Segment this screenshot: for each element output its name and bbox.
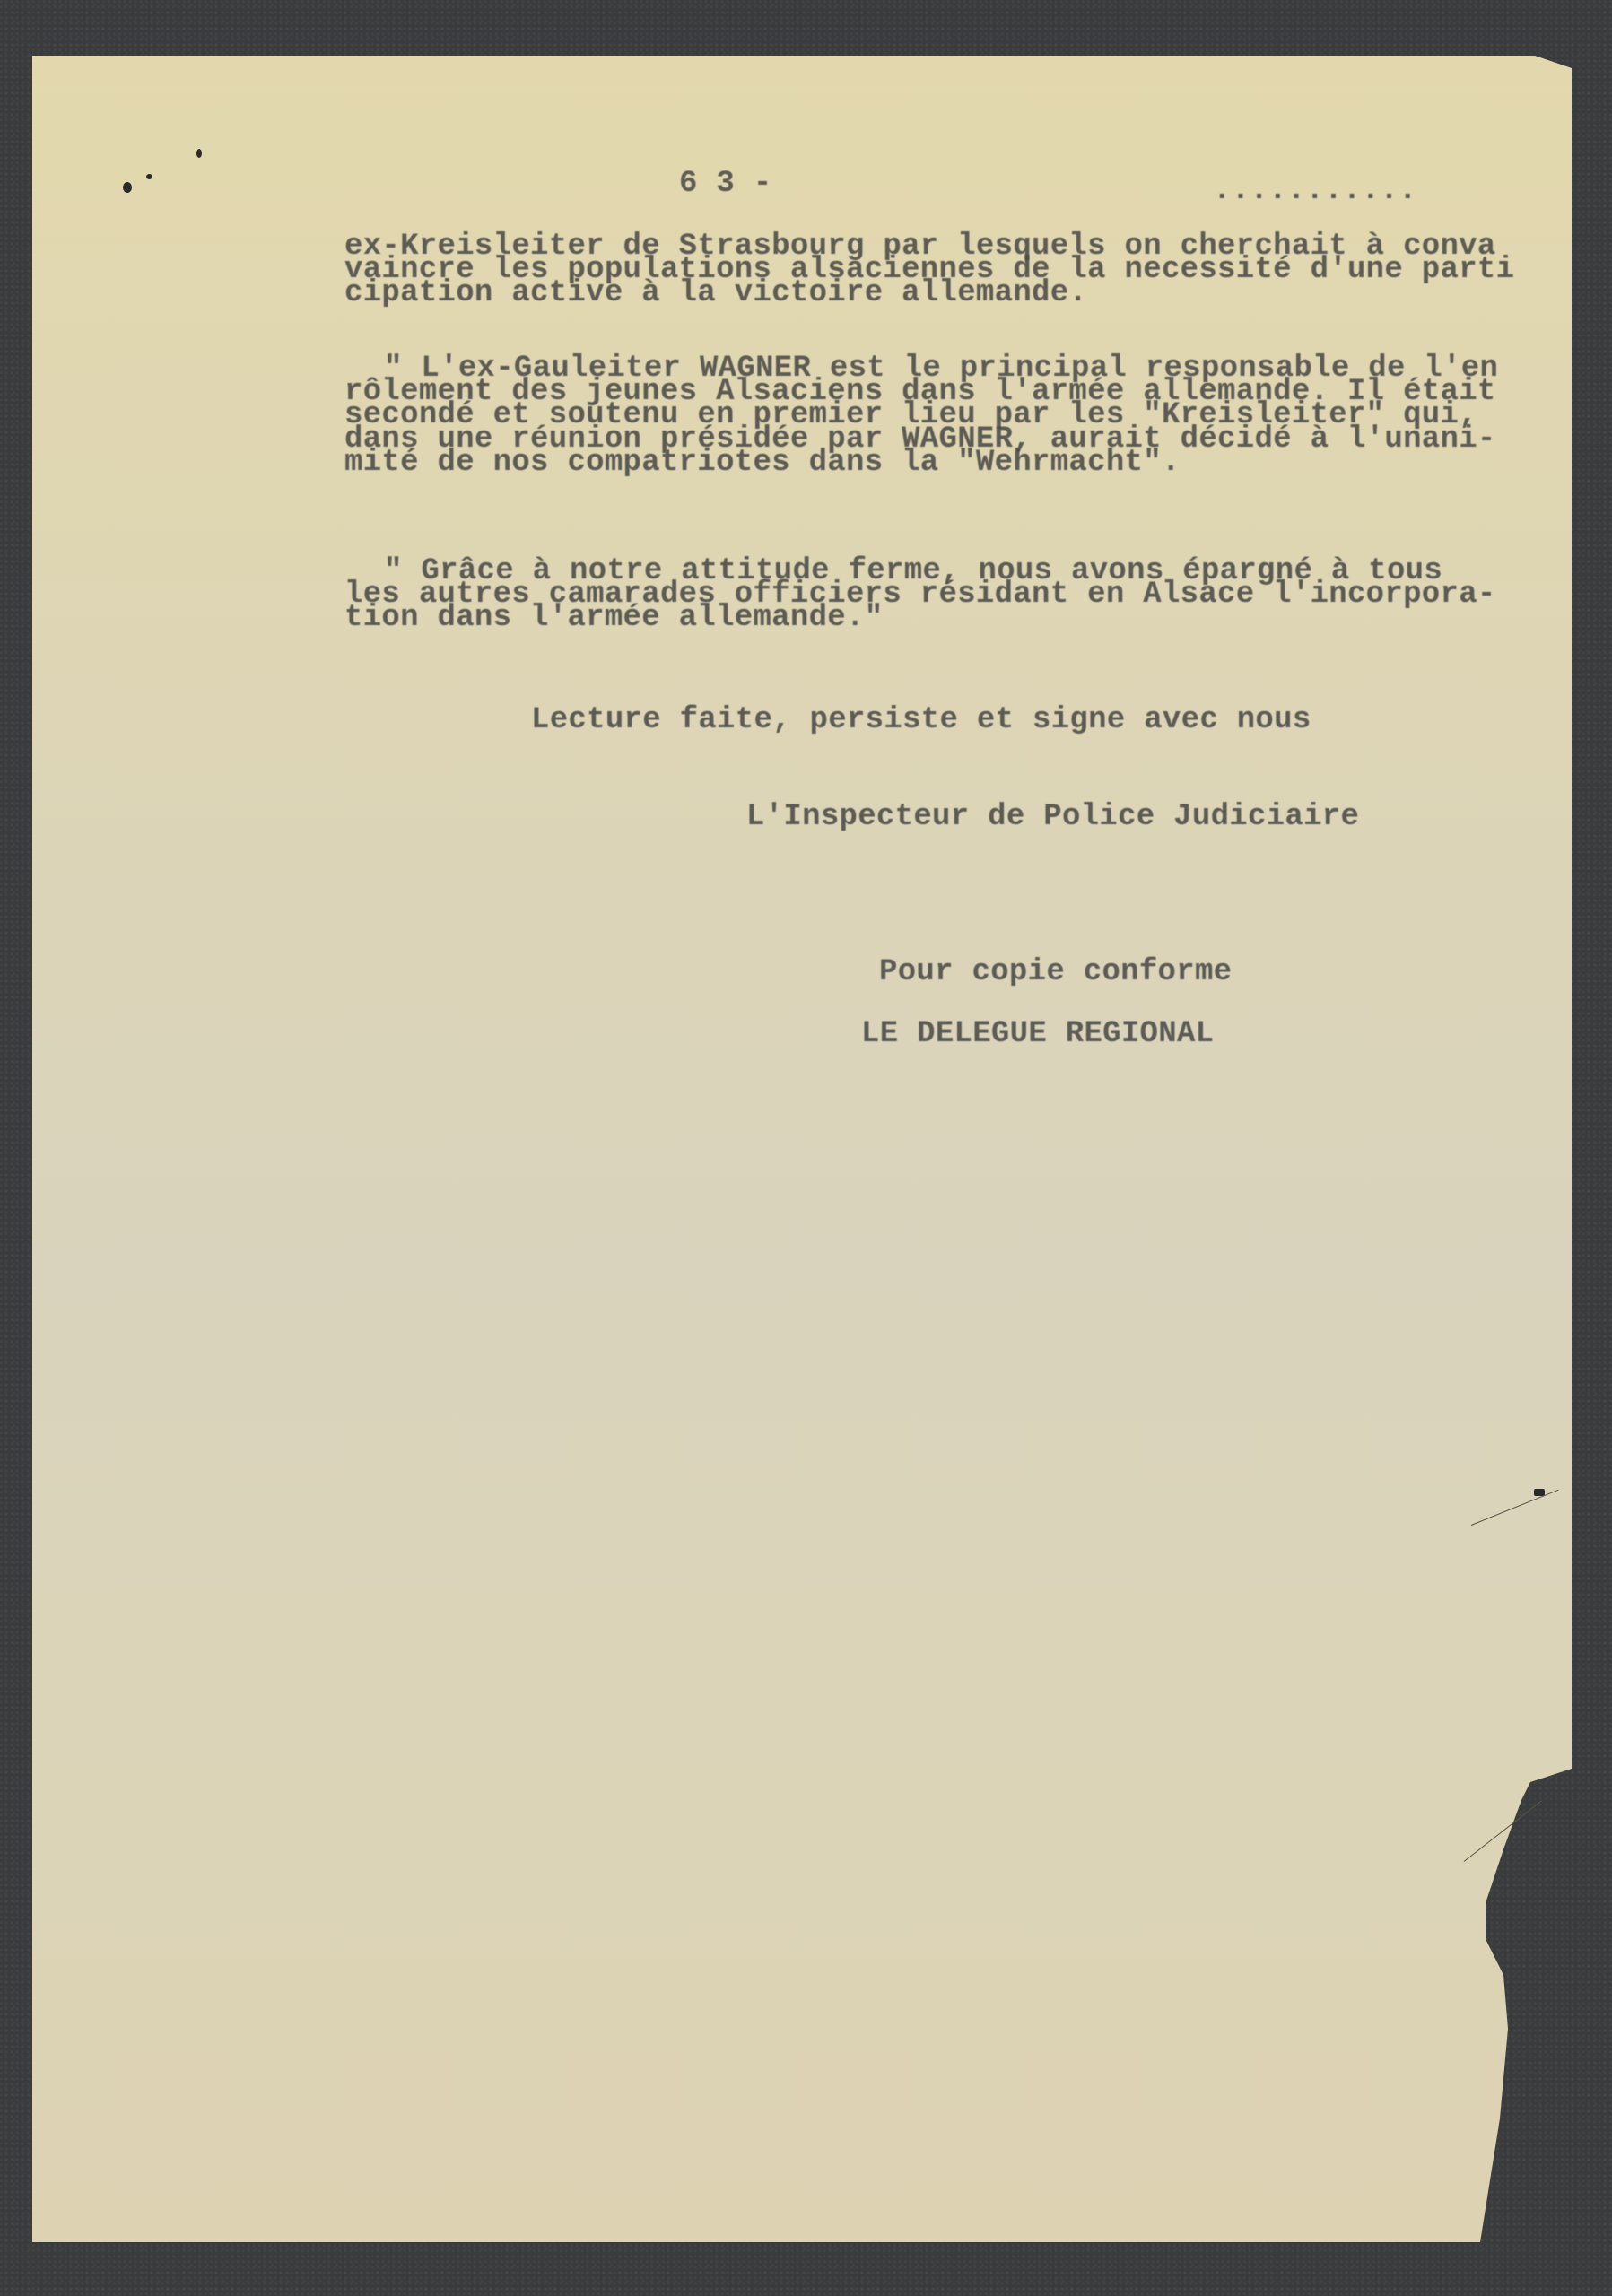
paragraph-2-line-5: mité de nos compatriotes dans la "Wehrma… — [344, 448, 1181, 478]
page-number: 6 3 - — [679, 169, 772, 199]
header-dots: ........... — [1213, 176, 1417, 206]
punch-hole-mark — [196, 149, 202, 158]
closing-delegate: LE DELEGUE REGIONAL — [861, 1019, 1214, 1049]
closing-lecture: Lecture faite, persiste et signe avec no… — [531, 705, 1311, 735]
paragraph-1-line-3: cipation active à la victoire allemande. — [344, 278, 1087, 309]
punch-hole-mark — [146, 174, 152, 179]
closing-copy: Pour copie conforme — [879, 957, 1232, 987]
paragraph-3-line-3: tion dans l'armée allemande." — [344, 603, 883, 633]
closing-inspector: L'Inspecteur de Police Judiciaire — [746, 802, 1359, 832]
punch-hole-mark — [123, 182, 132, 193]
